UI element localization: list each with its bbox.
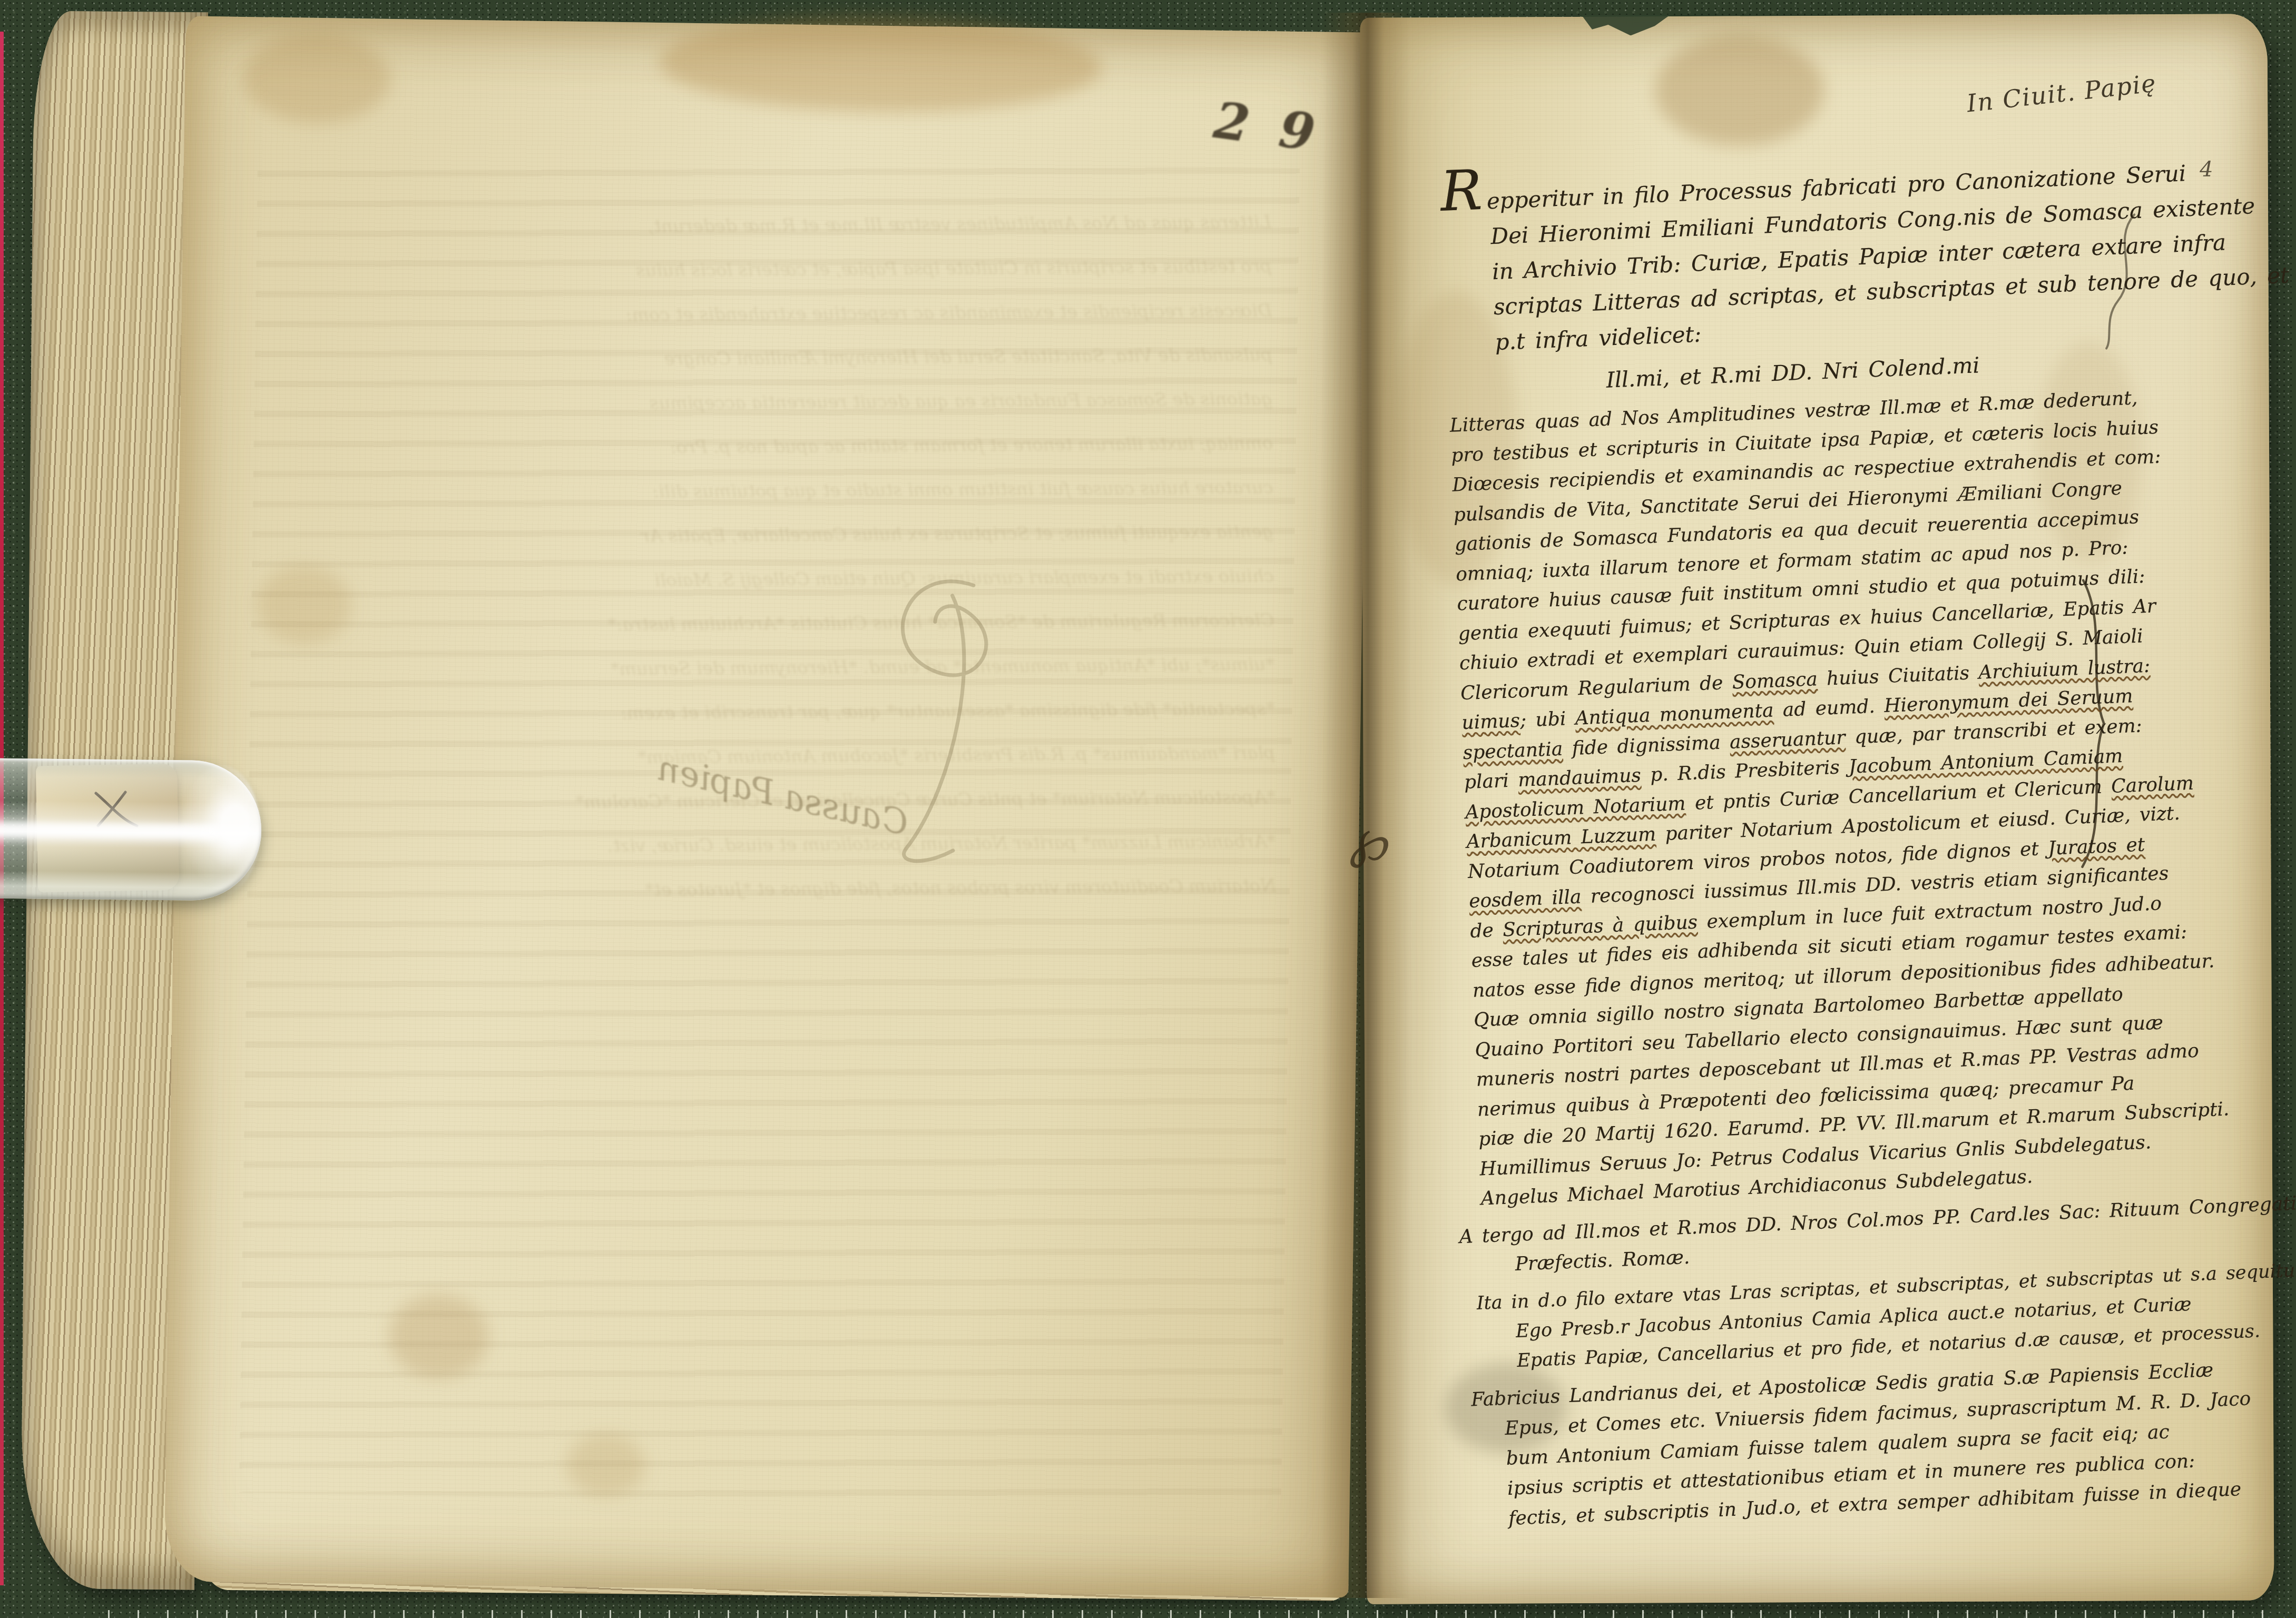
ruler-tick [492, 1610, 493, 1618]
torn-edge-notch [1581, 14, 1671, 36]
ruler-tick [2085, 1610, 2086, 1618]
ruler-tick [1819, 1610, 1821, 1618]
ruler-tick [1347, 1610, 1349, 1618]
ruler-tick [728, 1610, 729, 1618]
ruler-tick [1760, 1610, 1762, 1618]
ruler-tick [2055, 1610, 2057, 1618]
ruler-tick [462, 1610, 464, 1618]
ruler-tick [1082, 1610, 1083, 1618]
ruler-tick [167, 1610, 169, 1618]
photographed-manuscript-scene: Litteras quas ad Nos Amplitudines vestræ… [0, 0, 2296, 1618]
ruler-tick [905, 1610, 906, 1618]
ruler-tick [1583, 1610, 1585, 1618]
ruler-tick [1642, 1610, 1644, 1618]
ruler [108, 1610, 2263, 1618]
ruler-tick [2026, 1610, 2027, 1618]
ruler-tick [1937, 1610, 1939, 1618]
stain [242, 33, 391, 124]
ruler-tick [875, 1610, 877, 1618]
ruler-tick [698, 1610, 700, 1618]
ruler-tick [1554, 1610, 1555, 1618]
ruler-tick [610, 1610, 611, 1618]
block-body: Litteras quas ad Nos Amplitudines vestræ… [1449, 380, 2255, 1214]
ruler-tick [1672, 1610, 1673, 1618]
ruler-tick [344, 1610, 346, 1618]
ruler-tick [1436, 1610, 1437, 1618]
ruler-tick [403, 1610, 405, 1618]
ruler-tick [256, 1610, 257, 1618]
ruler-tick [816, 1610, 818, 1618]
ruler-tick [521, 1610, 523, 1618]
ruler-tick [1465, 1610, 1467, 1618]
ruler-tick [964, 1610, 965, 1618]
ruler-tick [2232, 1610, 2234, 1618]
ruler-tick [1613, 1610, 1614, 1618]
ruler-tick [1701, 1610, 1703, 1618]
right-page: In Ciuit. Papię 4 ℘ Repperitur in filo P… [1360, 14, 2274, 1604]
showthrough-flourish-icon [869, 563, 1032, 871]
ruler-tick [1967, 1610, 1968, 1618]
corner-archive-note: In Ciuit. Papię [1965, 68, 2158, 117]
ruler-tick [1406, 1610, 1408, 1618]
ruler-tick [2262, 1610, 2263, 1618]
ruler-tick [138, 1610, 139, 1618]
ruler-tick [433, 1610, 434, 1618]
ruler-tick [1878, 1610, 1880, 1618]
ruler-tick [1495, 1610, 1496, 1618]
ruler-tick [1849, 1610, 1850, 1618]
block-opening: Repperitur in filo Processus fabricati p… [1440, 143, 2221, 362]
left-page: Litteras quas ad Nos Amplitudines vestræ… [164, 16, 1370, 1597]
ruler-tick [1052, 1610, 1054, 1618]
ruler-tick [197, 1610, 198, 1618]
ruler-tick [1229, 1610, 1231, 1618]
ruler-tick [315, 1610, 316, 1618]
ruler-tick [639, 1610, 641, 1618]
ruler-tick [1377, 1610, 1378, 1618]
ruler-tick [1524, 1610, 1526, 1618]
ruler-tick [1318, 1610, 1319, 1618]
ruler-tick [551, 1610, 552, 1618]
ruler-tick [108, 1610, 110, 1618]
ruler-tick [226, 1610, 228, 1618]
ruler-tick [1111, 1610, 1113, 1618]
block-attestation: Fabricius Landrianus dei, et Apostolicæ … [1488, 1353, 2268, 1534]
ruler-tick [2144, 1610, 2145, 1618]
ruler-tick [846, 1610, 847, 1618]
ruler-tick [1023, 1610, 1024, 1618]
ruler-tick [1141, 1610, 1142, 1618]
ruler-tick [1170, 1610, 1172, 1618]
ruler-tick [1288, 1610, 1290, 1618]
ruler-tick [1200, 1610, 1201, 1618]
ruler-tick [757, 1610, 759, 1618]
folio-number-smudge: 29 [1211, 90, 1349, 167]
ruler-tick [2203, 1610, 2204, 1618]
stain [659, 14, 1102, 115]
stain [1655, 35, 1824, 146]
ruler-tick [1731, 1610, 1732, 1618]
ruler-tick [993, 1610, 995, 1618]
ruler-tick [580, 1610, 582, 1618]
showthrough-lines: Litteras quas ad Nos Amplitudines vestræ… [281, 200, 1280, 1471]
ruler-tick [934, 1610, 936, 1618]
ruler-tick [1259, 1610, 1260, 1618]
ruler-tick [374, 1610, 375, 1618]
ruler-tick [669, 1610, 670, 1618]
ruler-tick [285, 1610, 287, 1618]
ruler-tick [787, 1610, 788, 1618]
ruler-tick [2114, 1610, 2116, 1618]
glass-roller-weight [0, 758, 262, 901]
manuscript-blocks: Repperitur in filo Processus fabricati p… [1440, 143, 2269, 1541]
ruler-tick [1908, 1610, 1909, 1618]
ruler-tick [2173, 1610, 2175, 1618]
ruler-tick [1790, 1610, 1791, 1618]
ruler-tick [1996, 1610, 1998, 1618]
